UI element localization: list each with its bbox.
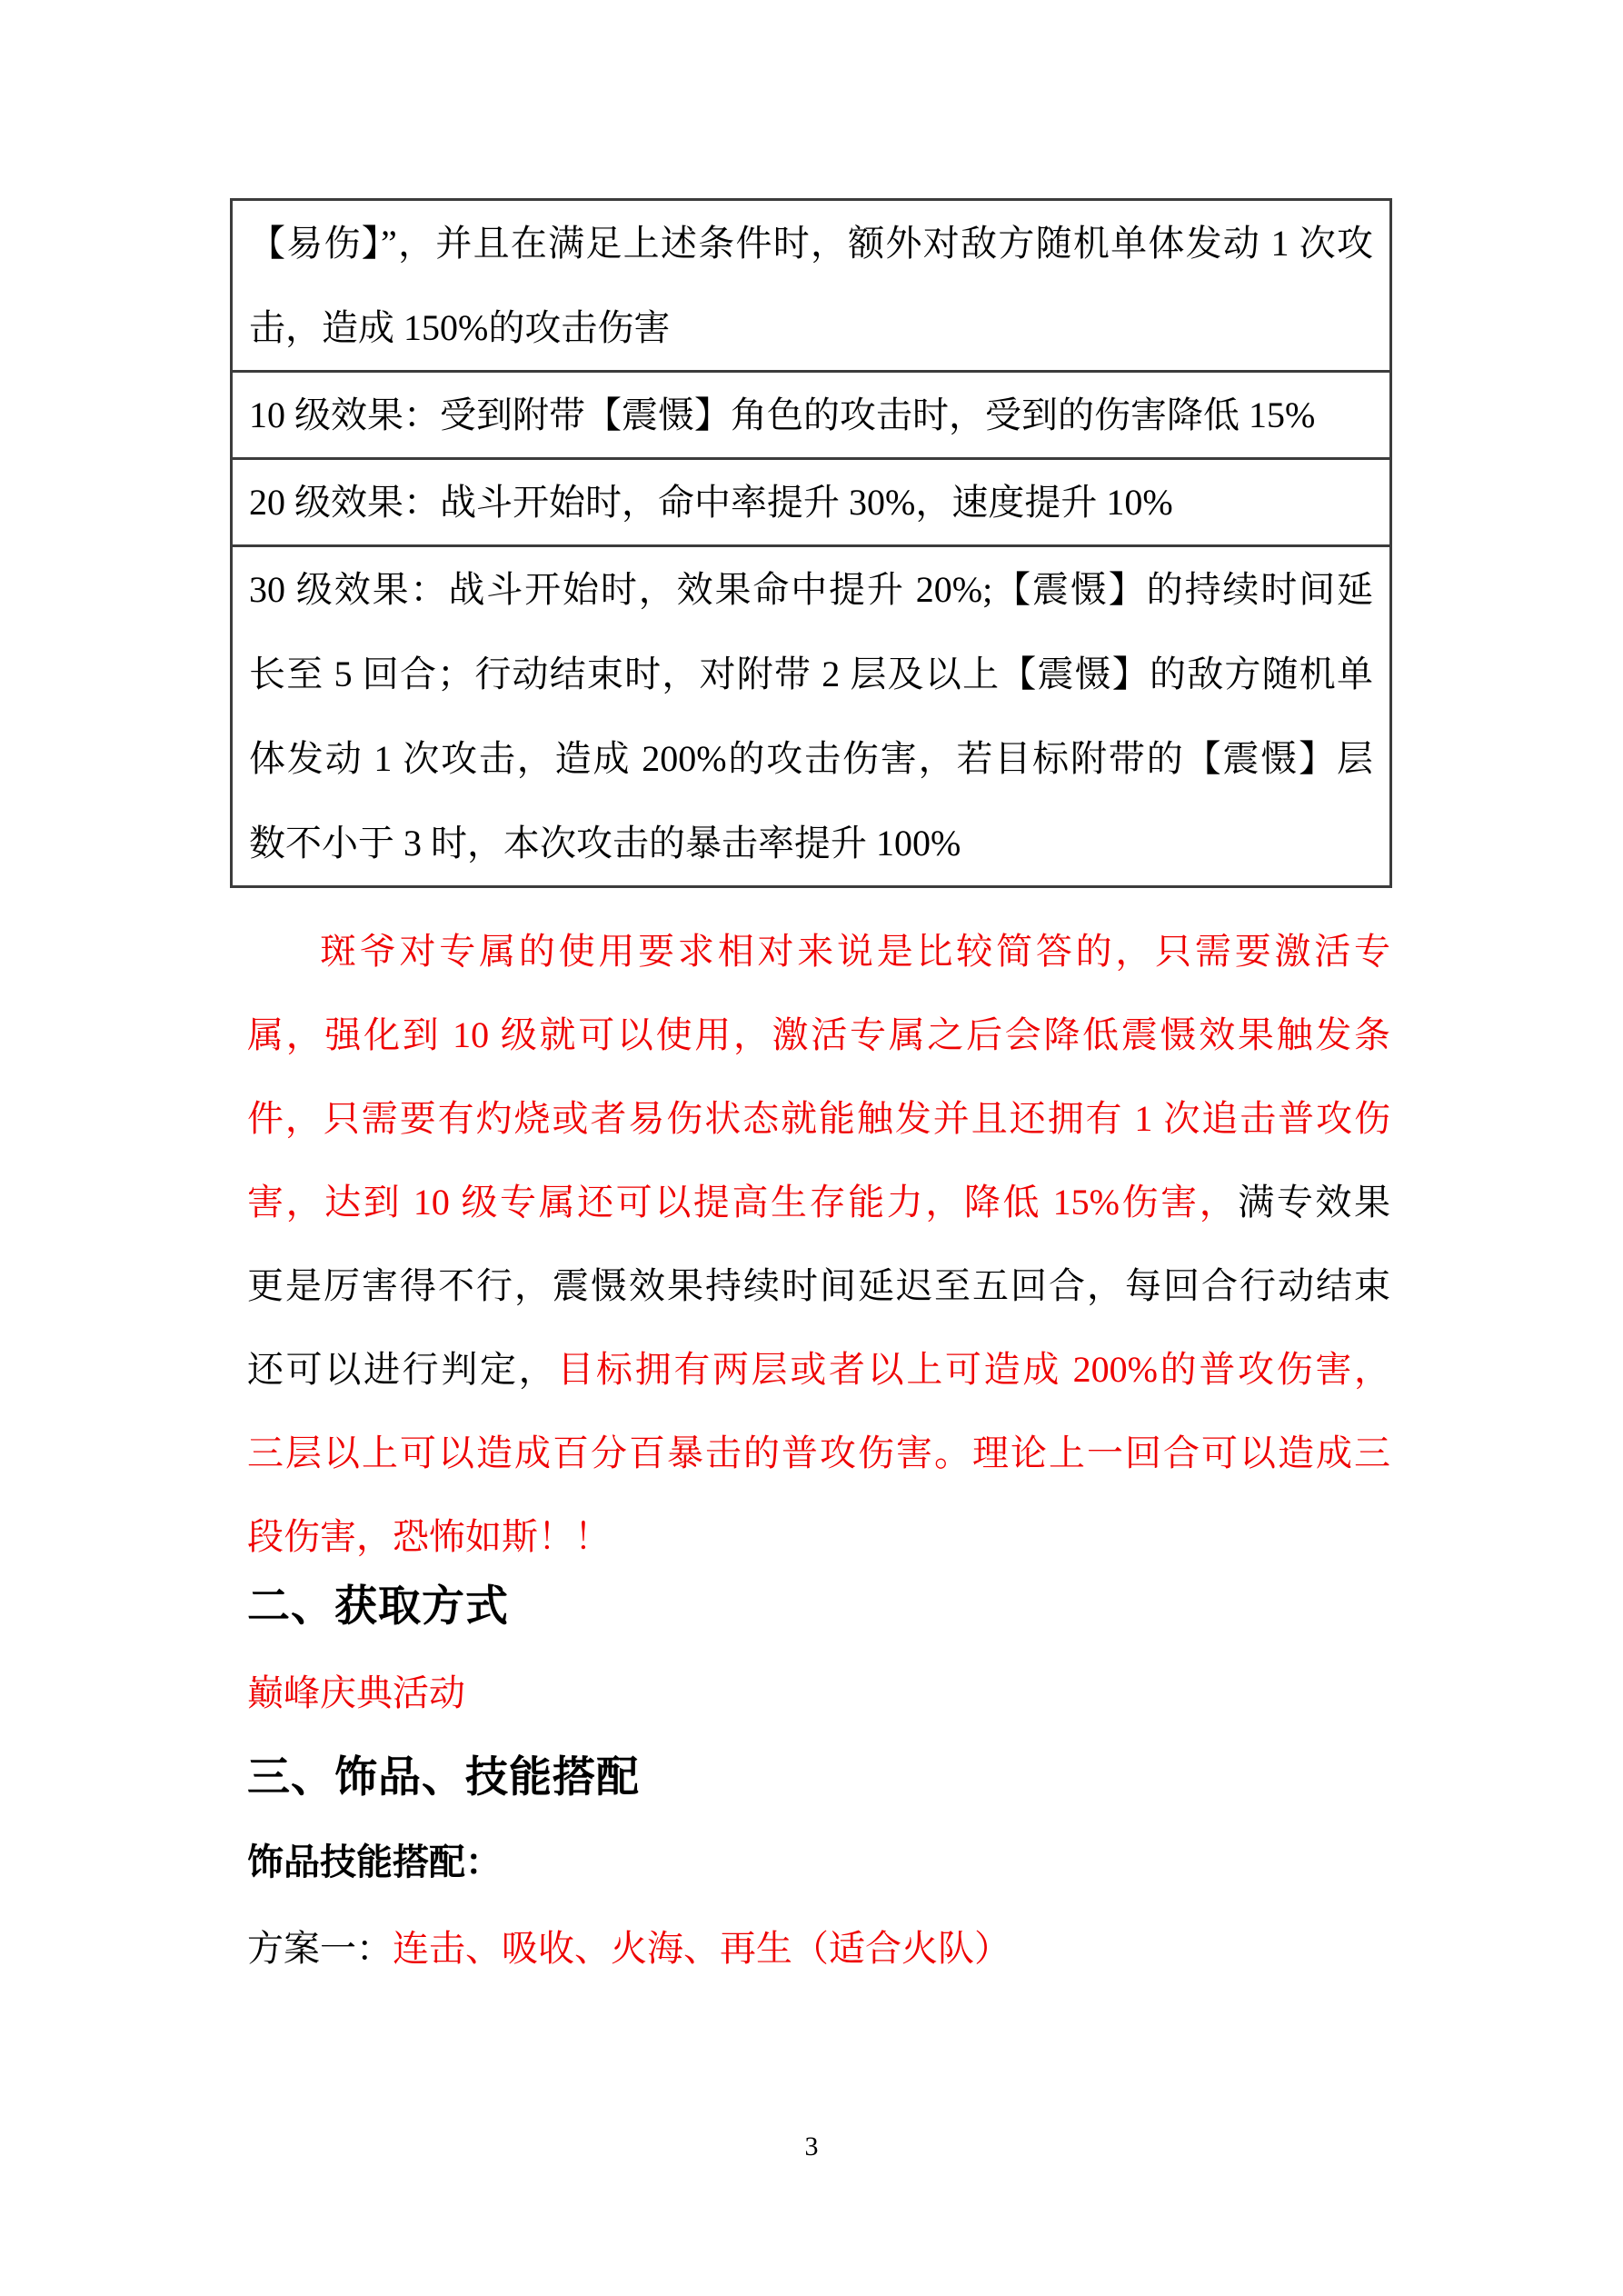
section-heading-obtain: 二、获取方式 — [247, 1565, 509, 1649]
text-line: 件，只需要有灼烧或者易伤状态就能触发并且还拥有 1 次追击普攻伤 — [247, 1077, 1390, 1161]
text-segment: 还可以进行判定， — [247, 1349, 557, 1390]
commentary-paragraph: 斑爷对专属的使用要求相对来说是比较简答的，只需要激活专属，强化到 10 级就可以… — [247, 910, 1390, 1579]
table-row: 20 级效果：战斗开始时，命中率提升 30%，速度提升 10% — [233, 460, 1389, 547]
text-line: 斑爷对专属的使用要求相对来说是比较简答的，只需要激活专 — [247, 910, 1390, 993]
text-line: 害，达到 10 级专属还可以提高生存能力，降低 15%伤害，满专效果 — [247, 1161, 1390, 1244]
text-segment: 数不小于 3 时，本次攻击的暴击率提升 100% — [249, 823, 961, 863]
text-segment: 20 级效果：战斗开始时，命中率提升 30%，速度提升 10% — [249, 482, 1173, 523]
text-line: 还可以进行判定，目标拥有两层或者以上可造成 200%的普攻伤害， — [247, 1328, 1390, 1412]
text-segment: 10 级效果：受到附带【震慑】角色的攻击时，受到的伤害降低 15% — [249, 394, 1315, 435]
text-segment: 更是厉害得不行，震慑效果持续时间延迟至五回合，每回合行动结束 — [247, 1265, 1390, 1306]
text-segment: 害，达到 10 级专属还可以提高生存能力，降低 15%伤害， — [247, 1182, 1238, 1223]
table-row: 【易伤】”，并且在满足上述条件时，额外对敌方随机单体发动 1 次攻击，造成 15… — [233, 201, 1389, 373]
text-line: 20 级效果：战斗开始时，命中率提升 30%，速度提升 10% — [249, 460, 1373, 544]
text-line: 长至 5 回合；行动结束时，对附带 2 层及以上【震慑】的敌方随机单 — [249, 632, 1373, 716]
accessory-skill-subheading: 饰品技能搭配： — [247, 1821, 502, 1904]
text-line: 10 级效果：受到附带【震慑】角色的攻击时，受到的伤害降低 15% — [249, 373, 1373, 457]
text-segment: 件，只需要有灼烧或者易伤状态就能触发并且还拥有 1 次追击普攻伤 — [247, 1098, 1390, 1139]
text-segment: 连击、吸收、火海、再生（适合火队） — [393, 1928, 1011, 1969]
skill-effects-table: 【易伤】”，并且在满足上述条件时，额外对敌方随机单体发动 1 次攻击，造成 15… — [230, 198, 1392, 888]
text-segment: 【易伤】”，并且在满足上述条件时，额外对敌方随机单体发动 1 次攻 — [249, 223, 1373, 264]
page-number: 3 — [0, 2127, 1623, 2167]
text-segment: 属，强化到 10 级就可以使用，激活专属之后会降低震慑效果触发条 — [247, 1014, 1390, 1055]
text-segment: 方案一： — [247, 1928, 393, 1969]
text-line: 更是厉害得不行，震慑效果持续时间延迟至五回合，每回合行动结束 — [247, 1244, 1390, 1328]
text-line: 30 级效果：战斗开始时，效果命中提升 20%;【震慑】的持续时间延 — [249, 547, 1373, 632]
table-row: 10 级效果：受到附带【震慑】角色的攻击时，受到的伤害降低 15% — [233, 373, 1389, 460]
text-segment: 斑爷对专属的使用要求相对来说是比较简答的，只需要激活专 — [320, 931, 1390, 972]
text-line: 击，造成 150%的攻击伤害 — [249, 285, 1373, 370]
text-line: 属，强化到 10 级就可以使用，激活专属之后会降低震慑效果触发条 — [247, 993, 1390, 1077]
plan-one-line: 方案一：连击、吸收、火海、再生（适合火队） — [247, 1907, 1390, 1991]
document-page: 【易伤】”，并且在满足上述条件时，额外对敌方随机单体发动 1 次攻击，造成 15… — [0, 0, 1623, 2296]
text-line: 三层以上可以造成百分百暴击的普攻伤害。理论上一回合可以造成三 — [247, 1412, 1390, 1495]
text-segment: 30 级效果：战斗开始时，效果命中提升 20%;【震慑】的持续时间延 — [249, 569, 1373, 610]
text-segment: 三层以上可以造成百分百暴击的普攻伤害。理论上一回合可以造成三 — [247, 1433, 1390, 1473]
table-row: 30 级效果：战斗开始时，效果命中提升 20%;【震慑】的持续时间延长至 5 回… — [233, 547, 1389, 885]
text-segment: 击，造成 150%的攻击伤害 — [249, 307, 670, 348]
text-segment: 长至 5 回合；行动结束时，对附带 2 层及以上【震慑】的敌方随机单 — [249, 654, 1373, 694]
text-segment: 段伤害，恐怖如斯！！ — [247, 1516, 611, 1557]
obtain-method-text: 巅峰庆典活动 — [247, 1652, 465, 1735]
text-line: 【易伤】”，并且在满足上述条件时，额外对敌方随机单体发动 1 次攻 — [249, 201, 1373, 285]
text-segment: 满专效果 — [1238, 1182, 1390, 1223]
section-heading-accessories: 三、饰品、技能搭配 — [247, 1736, 640, 1820]
text-segment: 体发动 1 次攻击，造成 200%的攻击伤害，若目标附带的【震慑】层 — [249, 738, 1373, 779]
text-segment: 目标拥有两层或者以上可造成 200%的普攻伤害， — [557, 1349, 1390, 1390]
text-line: 数不小于 3 时，本次攻击的暴击率提升 100% — [249, 801, 1373, 885]
text-line: 体发动 1 次攻击，造成 200%的攻击伤害，若目标附带的【震慑】层 — [249, 716, 1373, 801]
